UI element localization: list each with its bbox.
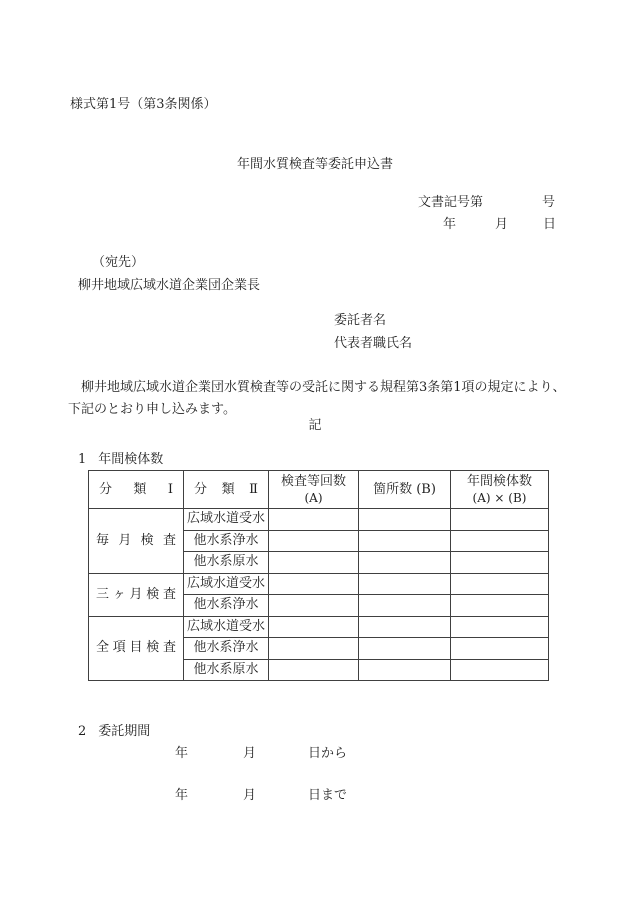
table-header-row: 分類Ⅰ 分類Ⅱ 検査等回数 (A) 箇所数 (B) 年間検体数 (A) × (B… xyxy=(89,471,549,509)
class2-cell: 他水系原水 xyxy=(184,659,269,681)
blank-cell xyxy=(451,552,549,574)
recipient-label: （宛先） xyxy=(92,254,144,272)
recipient-name: 柳井地域広域水道企業団企業長 xyxy=(78,277,260,295)
blank-cell xyxy=(359,552,451,574)
blank-cell xyxy=(269,573,359,595)
section1-heading: 1年間検体数 xyxy=(78,451,163,469)
blank-cell xyxy=(451,659,549,681)
consignor-name-label: 委託者名 xyxy=(334,312,386,330)
class1-cell: 全項目検査 xyxy=(89,616,184,681)
to-year-label: 年 xyxy=(175,787,188,805)
application-paragraph: 柳井地域広域水道企業団水質検査等の受託に関する規程第3条第1項の規定により、 下… xyxy=(68,377,573,421)
header-inspection-count: 検査等回数 (A) xyxy=(269,471,359,509)
class1-cell: 毎月検査 xyxy=(89,509,184,574)
section1-title: 年間検体数 xyxy=(98,452,163,467)
class2-cell: 広域水道受水 xyxy=(184,573,269,595)
blank-cell xyxy=(451,573,549,595)
section2-heading: 2委託期間 xyxy=(78,723,150,741)
class2-cell: 広域水道受水 xyxy=(184,509,269,531)
blank-cell xyxy=(359,659,451,681)
from-month-label: 月 xyxy=(243,745,256,763)
representative-name-label: 代表者職氏名 xyxy=(334,335,412,353)
document-page: 様式第1号（第3条関係） 年間水質検査等委託申込書 文書記号第 号 年 月 日 … xyxy=(0,0,630,903)
header-month-label: 月 xyxy=(495,216,508,234)
blank-cell xyxy=(451,509,549,531)
class2-cell: 他水系浄水 xyxy=(184,638,269,660)
header-class1: 分類Ⅰ xyxy=(89,471,184,509)
class2-cell: 広域水道受水 xyxy=(184,616,269,638)
blank-cell xyxy=(269,552,359,574)
paragraph-line-1: 柳井地域広域水道企業団水質検査等の受託に関する規程第3条第1項の規定により、 xyxy=(68,377,573,399)
doc-number-prefix-label: 文書記号第 xyxy=(418,194,483,212)
blank-cell xyxy=(359,616,451,638)
blank-cell xyxy=(359,509,451,531)
blank-cell xyxy=(451,595,549,617)
class2-cell: 他水系浄水 xyxy=(184,595,269,617)
section2-title: 委託期間 xyxy=(98,724,150,739)
blank-cell xyxy=(359,638,451,660)
class2-cell: 他水系浄水 xyxy=(184,530,269,552)
blank-cell xyxy=(451,530,549,552)
to-day-label: 日まで xyxy=(308,787,347,805)
header-inspection-count-line1: 検査等回数 xyxy=(269,473,358,490)
to-month-label: 月 xyxy=(243,787,256,805)
blank-cell xyxy=(269,659,359,681)
blank-cell xyxy=(269,595,359,617)
table-row: 三ヶ月検査 広域水道受水 xyxy=(89,573,549,595)
header-day-label: 日 xyxy=(543,216,556,234)
header-year-label: 年 xyxy=(443,216,456,234)
header-annual-samples-line1: 年間検体数 xyxy=(451,473,548,490)
header-class2: 分類Ⅱ xyxy=(184,471,269,509)
from-year-label: 年 xyxy=(175,745,188,763)
ki-label: 記 xyxy=(0,417,630,435)
blank-cell xyxy=(269,530,359,552)
section2-number: 2 xyxy=(78,724,86,739)
blank-cell xyxy=(359,530,451,552)
table-row: 毎月検査 広域水道受水 xyxy=(89,509,549,531)
header-locations: 箇所数 (B) xyxy=(359,471,451,509)
form-number-label: 様式第1号（第3条関係） xyxy=(70,96,217,114)
blank-cell xyxy=(269,638,359,660)
class2-cell: 他水系原水 xyxy=(184,552,269,574)
class1-cell: 三ヶ月検査 xyxy=(89,573,184,616)
header-inspection-count-line2: (A) xyxy=(269,490,358,506)
blank-cell xyxy=(359,573,451,595)
blank-cell xyxy=(359,595,451,617)
header-annual-samples: 年間検体数 (A) × (B) xyxy=(451,471,549,509)
blank-cell xyxy=(451,638,549,660)
doc-number-suffix-label: 号 xyxy=(542,194,555,212)
table-row: 全項目検査 広域水道受水 xyxy=(89,616,549,638)
document-title: 年間水質検査等委託申込書 xyxy=(0,156,630,174)
blank-cell xyxy=(269,616,359,638)
blank-cell xyxy=(269,509,359,531)
annual-sample-table: 分類Ⅰ 分類Ⅱ 検査等回数 (A) 箇所数 (B) 年間検体数 (A) × (B… xyxy=(88,470,549,681)
header-annual-samples-line2: (A) × (B) xyxy=(451,490,548,506)
blank-cell xyxy=(451,616,549,638)
from-day-label: 日から xyxy=(308,745,347,763)
section1-number: 1 xyxy=(78,452,86,467)
